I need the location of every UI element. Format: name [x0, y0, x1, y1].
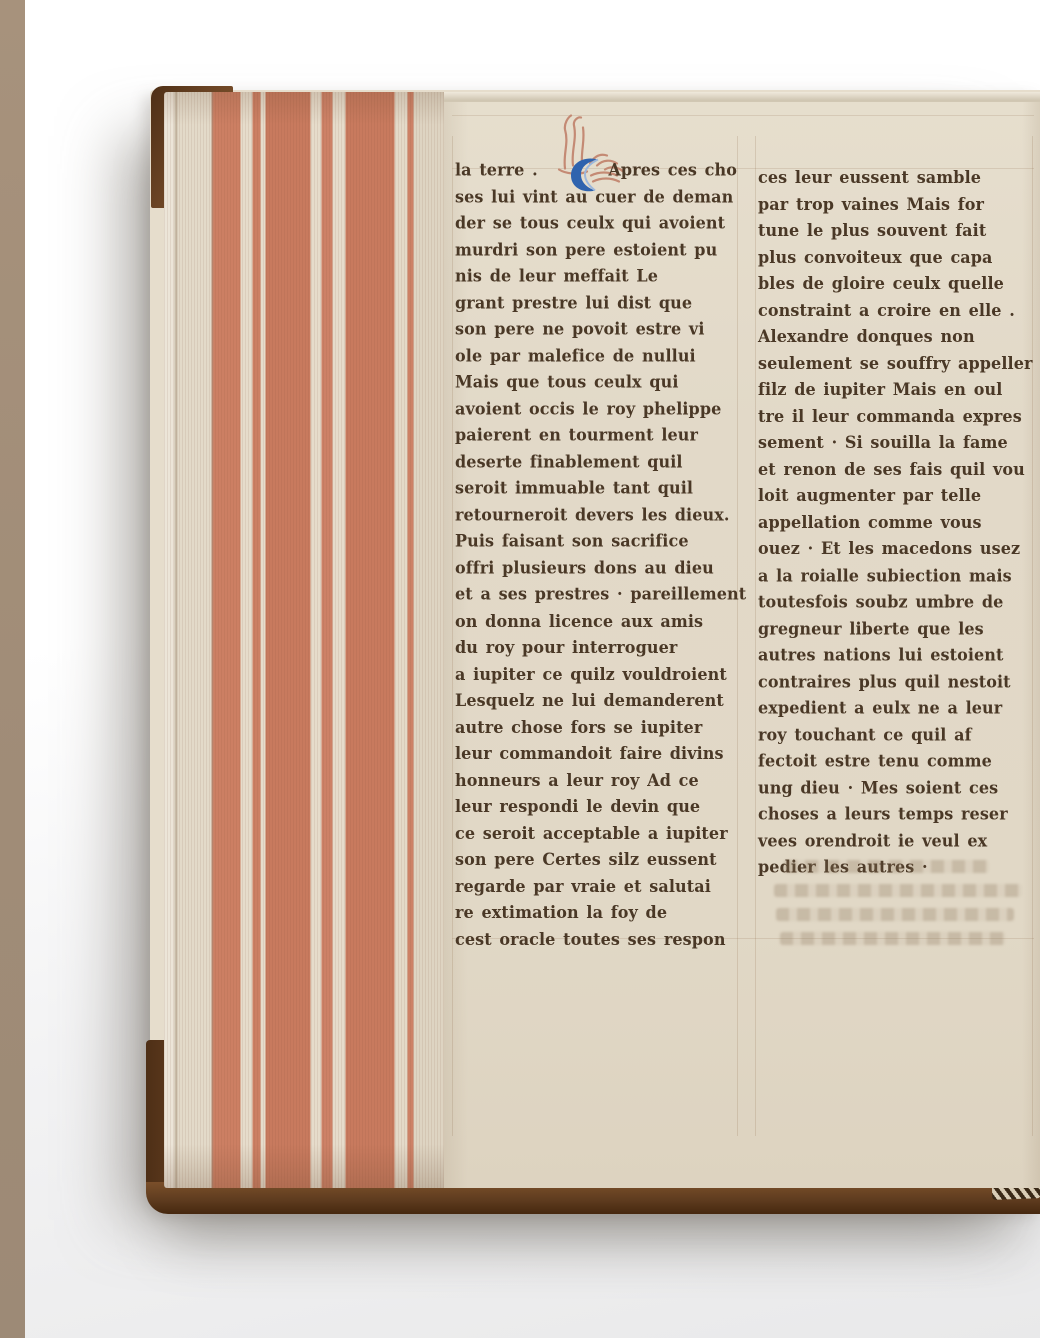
manuscript-line: leur commandoit faire divins — [455, 740, 737, 767]
manuscript-line: ole par malefice de nullui — [455, 342, 737, 369]
manuscript-line: plus convoiteux que capa — [758, 244, 1034, 271]
striped-fore-edge-pages — [164, 92, 444, 1188]
manuscript-line: autre chose fors se iupiter — [455, 714, 737, 741]
manuscript-line: a iupiter ce quilz vouldroient — [455, 661, 737, 688]
manuscript-line: son pere Certes silz eussent — [455, 846, 737, 873]
bleedthrough-line — [784, 860, 989, 873]
left-tan-bar — [0, 0, 25, 1338]
manuscript-page: la terre . Apres ces cho ses lui vint au… — [444, 102, 1040, 1188]
bleedthrough-line — [776, 908, 1014, 921]
manuscript-line: et renon de ses fais quil vou — [758, 456, 1034, 483]
manuscript-line: seroit immuable tant quil — [455, 475, 737, 502]
manuscript-line: tune le plus souvent fait — [758, 217, 1034, 244]
opening-words: la terre . — [455, 157, 538, 184]
manuscript-line: expedient a eulx ne a leur — [758, 695, 1034, 722]
manuscript-line: retourneroit devers les dieux. — [455, 501, 737, 528]
manuscript-line: a la roialle subiection mais — [758, 562, 1034, 589]
ruling-line — [452, 136, 453, 1136]
manuscript-line: deserte finablement quil — [455, 448, 737, 475]
bleedthrough-line — [774, 884, 1022, 897]
manuscript-line: grant prestre lui dist que — [455, 289, 737, 316]
manuscript-line: on donna licence aux amis — [455, 608, 737, 635]
manuscript-line: autres nations lui estoient — [758, 642, 1034, 669]
manuscript-line: gregneur liberte que les — [758, 615, 1034, 642]
first-line-text: Apres ces cho — [608, 157, 737, 184]
manuscript-line: fectoit estre tenu comme — [758, 748, 1034, 775]
manuscript-line: choses a leurs temps reser — [758, 801, 1034, 828]
manuscript-line: loit augmenter par telle — [758, 482, 1034, 509]
bleedthrough-line — [780, 932, 1005, 945]
manuscript-line: leur respondi le devin que — [455, 793, 737, 820]
manuscript-line: par trop vaines Mais for — [758, 191, 1034, 218]
manuscript-line: ung dieu · Mes soient ces — [758, 774, 1034, 801]
manuscript-line: vees orendroit ie veul ex — [758, 827, 1034, 854]
manuscript-line: et a ses prestres · pareillement — [455, 581, 737, 608]
manuscript-line: offri plusieurs dons au dieu — [455, 555, 737, 582]
manuscript-line: constraint a croire en elle . — [758, 297, 1034, 324]
manuscript-line: ce seroit acceptable a iupiter — [455, 820, 737, 847]
manuscript-line: Mais que tous ceulx qui — [455, 369, 737, 396]
left-text-column: la terre . Apres ces cho ses lui vint au… — [455, 157, 737, 953]
manuscript-first-line: la terre . Apres ces cho — [455, 157, 737, 184]
manuscript-line: re extimation la foy de — [455, 899, 737, 926]
manuscript-line: nis de leur meffait Le — [455, 263, 737, 290]
manuscript-line: avoient occis le roy phelippe — [455, 395, 737, 422]
manuscript-line: Lesquelz ne lui demanderent — [455, 687, 737, 714]
manuscript-line: ses lui vint au cuer de deman — [455, 183, 737, 210]
manuscript-line: murdri son pere estoient pu — [455, 236, 737, 263]
manuscript-line: appellation comme vous — [758, 509, 1034, 536]
manuscript-line: ces leur eussent samble — [758, 164, 1034, 191]
manuscript-line: Puis faisant son sacrifice — [455, 528, 737, 555]
manuscript-line: honneurs a leur roy Ad ce — [455, 767, 737, 794]
manuscript-line: tre il leur commanda expres — [758, 403, 1034, 430]
manuscript-line: contraires plus quil nestoit — [758, 668, 1034, 695]
manuscript-line: cest oracle toutes ses respon — [455, 926, 737, 953]
manuscript-line: filz de iupiter Mais en oul — [758, 376, 1034, 403]
manuscript-line: roy touchant ce quil af — [758, 721, 1034, 748]
right-text-column: ces leur eussent samblepar trop vaines M… — [758, 164, 1034, 880]
manuscript-line: sement · Si souilla la fame — [758, 429, 1034, 456]
ruling-line — [755, 136, 756, 1136]
manuscript-line: paierent en tourment leur — [455, 422, 737, 449]
manuscript-line: Alexandre donques non — [758, 323, 1034, 350]
left-column-lines: ses lui vint au cuer de demander se tous… — [455, 183, 737, 952]
manuscript-line: son pere ne povoit estre vi — [455, 316, 737, 343]
manuscript-line: ouez · Et les macedons usez — [758, 536, 1034, 563]
right-column-lines: ces leur eussent samblepar trop vaines M… — [758, 164, 1034, 880]
manuscript-line: toutesfois soubz umbre de — [758, 589, 1034, 616]
manuscript-line: bles de gloire ceulx quelle — [758, 270, 1034, 297]
manuscript-line: regarde par vraie et salutai — [455, 873, 737, 900]
manuscript-line: der se tous ceulx qui avoient — [455, 210, 737, 237]
manuscript-line: seulement se souffry appeller — [758, 350, 1034, 377]
manuscript-line: du roy pour interroguer — [455, 634, 737, 661]
ruling-line — [737, 136, 738, 1136]
